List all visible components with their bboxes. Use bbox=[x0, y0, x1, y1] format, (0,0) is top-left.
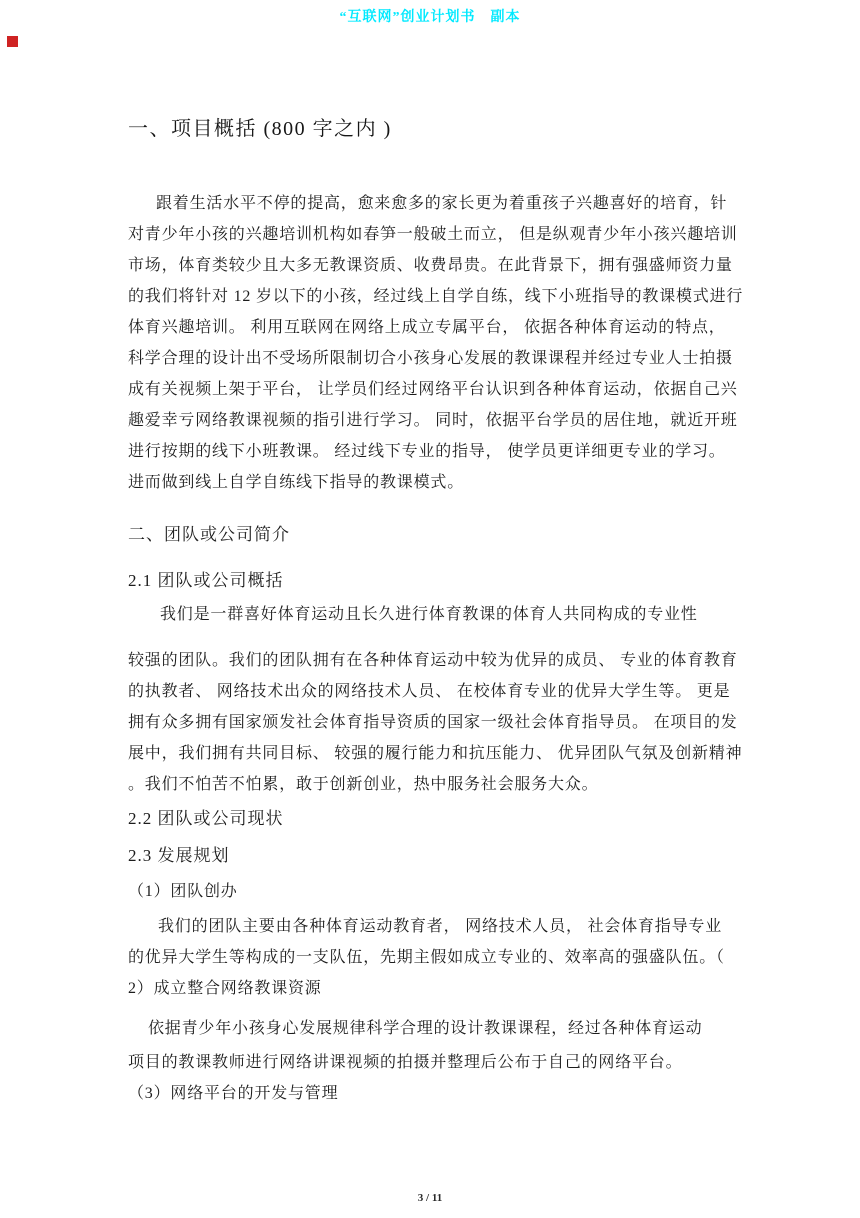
text-line: 市场，体育类较少且大多无教课资质、收费昂贵。在此背景下，拥有强盛师资力量 bbox=[128, 250, 743, 281]
text-line: 。我们不怕苦不怕累，敢于创新创业，热中服务社会服务大众。 bbox=[128, 769, 743, 800]
text-line: 对青少年小孩的兴趣培训机构如春笋一般破土而立， 但是纵观青少年小孩兴趣培训 bbox=[128, 219, 743, 250]
text-line: 趣爱幸亏网络教课视频的指引进行学习。 同时，依据平台学员的居住地，就近开班 bbox=[128, 405, 743, 436]
document-header-title: “互联网”创业计划书 副本 bbox=[0, 6, 860, 26]
text-line: 成有关视频上架于平台， 让学员们经过网络平台认识到各种体育运动，依据自己兴 bbox=[128, 374, 743, 405]
paragraph-team-description: 较强的团队。我们的团队拥有在各种体育运动中较为优异的成员、 专业的体育教育的执教… bbox=[128, 645, 743, 800]
text-line: 项目的教课教师进行网络讲课视频的拍摄并整理后公布于自己的网络平台。 bbox=[128, 1046, 743, 1080]
paragraph-course-resources: 依据青少年小孩身心发展规律科学合理的设计教课课程，经过各种体育运动项目的教课教师… bbox=[128, 1012, 743, 1080]
text-line: 的优异大学生等构成的一支队伍，先期主假如成立专业的、效率高的强盛队伍。（ bbox=[128, 942, 743, 973]
text-line: 进行按期的线下小班教课。 经过线下专业的指导， 使学员更详细更专业的学习。 bbox=[128, 436, 743, 467]
text-line: 的执教者、 网络技术出众的网络技术人员、 在校体育专业的优异大学生等。 更是 bbox=[128, 676, 743, 707]
text-line: 较强的团队。我们的团队拥有在各种体育运动中较为优异的成员、 专业的体育教育 bbox=[128, 645, 743, 676]
paragraph-team-intro-line: 我们是一群喜好体育运动且长久进行体育教课的体育人共同构成的专业性 bbox=[128, 601, 743, 624]
text-line: 进而做到线上自学自练线下指导的教课模式。 bbox=[128, 467, 743, 498]
paragraph-project-overview: 跟着生活水平不停的提高，愈来愈多的家长更为着重孩子兴趣喜好的培育，针对青少年小孩… bbox=[128, 188, 743, 498]
text-line: 体育兴趣培训。 利用互联网在网络上成立专属平台， 依据各种体育运动的特点， bbox=[128, 312, 743, 343]
list-item-platform-development: （3）网络平台的开发与管理 bbox=[128, 1080, 338, 1103]
text-line: 展中，我们拥有共同目标、 较强的履行能力和抗压能力、 优异团队气氛及创新精神 bbox=[128, 738, 743, 769]
text-line: 科学合理的设计出不受场所限制切合小孩身心发展的教课课程并经过专业人士拍摄 bbox=[128, 343, 743, 374]
text-line: 跟着生活水平不停的提高，愈来愈多的家长更为着重孩子兴趣喜好的培育，针 bbox=[128, 188, 743, 219]
heading-team-overview: 2.1 团队或公司概括 bbox=[128, 566, 284, 591]
text-line: 拥有众多拥有国家颁发社会体育指导资质的国家一级社会体育指导员。 在项目的发 bbox=[128, 707, 743, 738]
page-number: 3 / 11 bbox=[0, 1192, 860, 1204]
text-line: 依据青少年小孩身心发展规律科学合理的设计教课课程，经过各种体育运动 bbox=[128, 1012, 743, 1046]
text-line: 的我们将针对 12 岁以下的小孩，经过线上自学自练，线下小班指导的教课模式进行 bbox=[128, 281, 743, 312]
text-line: 2）成立整合网络教课资源 bbox=[128, 973, 743, 1004]
heading-team-intro: 二、团队或公司简介 bbox=[128, 520, 290, 545]
document-page: “互联网”创业计划书 副本 一、项目概括 (800 字之内 ) 跟着生活水平不停… bbox=[0, 0, 860, 1218]
paragraph-team-founding: 我们的团队主要由各种体育运动教育者， 网络技术人员， 社会体育指导专业的优异大学… bbox=[128, 911, 743, 1004]
red-marker-icon bbox=[7, 36, 18, 47]
list-item-team-founding: （1）团队创办 bbox=[128, 878, 238, 901]
heading-development-plan: 2.3 发展规划 bbox=[128, 841, 230, 866]
heading-team-status: 2.2 团队或公司现状 bbox=[128, 804, 284, 829]
heading-project-overview: 一、项目概括 (800 字之内 ) bbox=[128, 112, 392, 141]
text-line: 我们的团队主要由各种体育运动教育者， 网络技术人员， 社会体育指导专业 bbox=[128, 911, 743, 942]
